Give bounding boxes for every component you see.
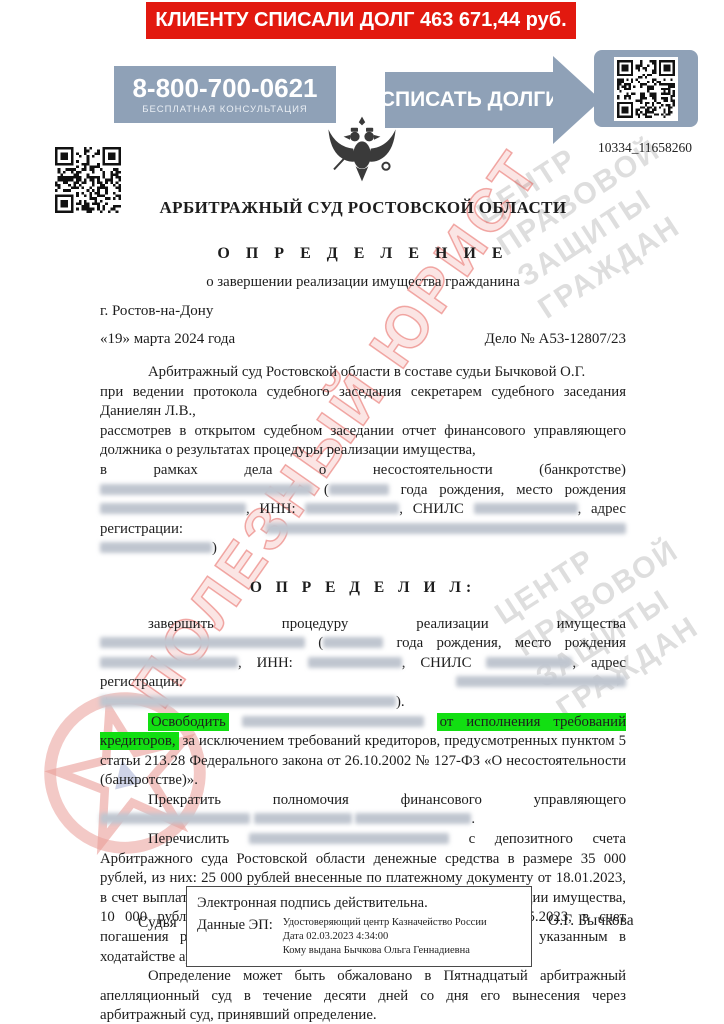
court-name: АРБИТРАЖНЫЙ СУД РОСТОВСКОЙ ОБЛАСТИ <box>100 198 626 218</box>
judge-label: Судья <box>138 914 177 932</box>
redacted-text <box>308 657 402 668</box>
esign-line: Кому выдана Бычкова Ольга Геннадиевна <box>283 945 487 956</box>
city: г. Ростов-на-Дону <box>100 303 626 320</box>
doc-paragraph: при ведении протокола судебного заседани… <box>100 383 626 422</box>
redacted-text <box>254 813 352 824</box>
esign-box: Электронная подпись действительна. Данны… <box>186 886 532 967</box>
write-off-debts-button[interactable]: СПИСАТЬ ДОЛГИ <box>385 56 603 144</box>
esign-data-label: Данные ЭП: <box>197 917 273 956</box>
doc-paragraph: в рамках дела о несостоятельности (банкр… <box>100 461 626 559</box>
redacted-text <box>100 637 305 648</box>
redacted-text <box>100 696 396 707</box>
esign-line: Удостоверяющий центр Казначейство России <box>283 917 487 928</box>
redacted-text <box>100 657 238 668</box>
write-off-debts-label: СПИСАТЬ ДОЛГИ <box>385 72 555 128</box>
date-case-row: «19» марта 2024 года Дело № А53-12807/23 <box>100 331 626 348</box>
signature-block: Судья Электронная подпись действительна.… <box>100 878 626 978</box>
doc-paragraph: завершить процедуру реализации имущества… <box>100 615 626 713</box>
document-page: ЦЕНТР ПРАВОВОЙ ЗАЩИТЫ ГРАЖДАН ЦЕНТР ПРАВ… <box>0 0 724 1024</box>
document-date: «19» марта 2024 года <box>100 331 235 348</box>
esign-valid-text: Электронная подпись действительна. <box>197 895 521 912</box>
redacted-text <box>474 503 578 514</box>
redacted-text <box>100 484 312 495</box>
doc-paragraph: Прекратить полномочия финансового управл… <box>100 791 626 830</box>
promo-qr-icon <box>614 57 678 121</box>
document-id: 10334_11658260 <box>598 140 692 156</box>
document-qr-icon <box>55 147 121 213</box>
phone-subtitle: БЕСПЛАТНАЯ КОНСУЛЬТАЦИЯ <box>142 104 308 115</box>
redacted-text <box>100 813 250 824</box>
doc-paragraph: Арбитражный суд Ростовской области в сос… <box>100 363 626 383</box>
esign-line: Дата 02.03.2023 4:34:00 <box>283 931 487 942</box>
redacted-text <box>323 637 383 648</box>
redacted-text <box>305 503 399 514</box>
redacted-text <box>266 523 626 534</box>
judge-name: О.Г. Бычкова <box>548 912 634 930</box>
document-title: О П Р Е Д Е Л Е Н И Е <box>100 245 626 263</box>
phone-button[interactable]: 8-800-700-0621 БЕСПЛАТНАЯ КОНСУЛЬТАЦИЯ <box>114 66 336 123</box>
redacted-text <box>355 813 471 824</box>
doc-paragraph: рассмотрев в открытом судебном заседании… <box>100 422 626 461</box>
highlighted-text: Освободить <box>148 713 229 731</box>
resolution-heading: О П Р Е Д Е Л И Л: <box>100 578 626 598</box>
phone-number: 8-800-700-0621 <box>132 74 317 102</box>
redacted-text <box>456 676 626 687</box>
document-subtitle: о завершении реализации имущества гражда… <box>100 274 626 291</box>
redacted-text <box>249 833 449 844</box>
redacted-text <box>329 484 389 495</box>
redacted-text <box>242 716 424 727</box>
case-number: Дело № А53-12807/23 <box>485 331 626 348</box>
redacted-text <box>486 657 572 668</box>
promo-banner: КЛИЕНТУ СПИСАЛИ ДОЛГ 463 671,44 руб. <box>146 2 576 39</box>
promo-qr-panel <box>594 50 698 127</box>
redacted-text <box>100 503 246 514</box>
doc-paragraph: Освободить от исполнения требований кред… <box>100 713 626 791</box>
redacted-text <box>100 542 212 553</box>
